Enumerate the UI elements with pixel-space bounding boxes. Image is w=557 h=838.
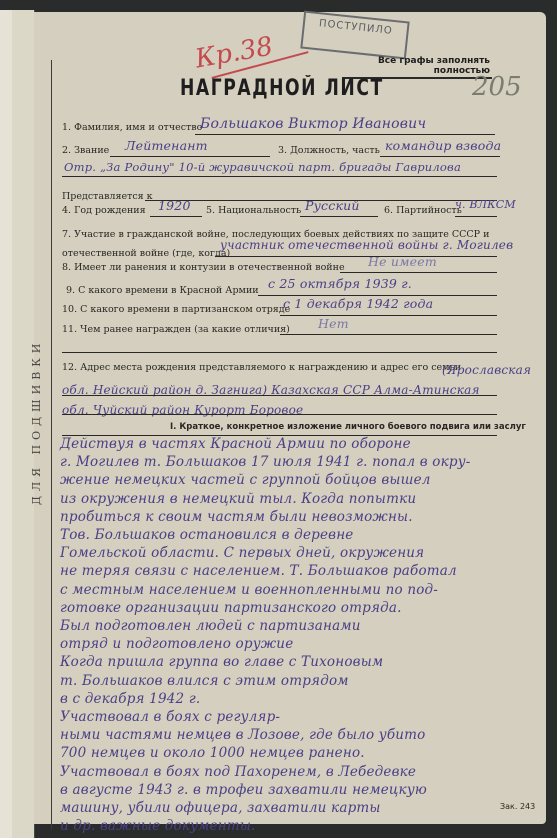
narrative-line: ными частями немцев в Лозове, где было у… (60, 727, 426, 743)
field-label: 2. Звание (62, 145, 109, 156)
pencil-number: 205 (472, 72, 522, 102)
binding-margin-label: ДЛЯ ПОДШИВКИ (30, 339, 43, 505)
field-value: ч. ВЛКСМ (455, 198, 516, 211)
field-label: Представляется к (62, 191, 153, 202)
field-value: с 25 октября 1939 г. (268, 276, 412, 291)
narrative-line: не теряя связи с населением. Т. Большако… (60, 563, 457, 579)
field-label: 4. Год рождения (62, 205, 146, 216)
narrative-line: пробиться к своим частям были невозможны… (60, 509, 413, 525)
field-value: Русский (305, 198, 360, 213)
field-value: командир взвода (385, 138, 501, 153)
narrative-line: готовке организации партизанского отряда… (60, 600, 402, 616)
field-line (62, 414, 497, 415)
narrative-line: Действуя в частях Красной Армии по оборо… (60, 436, 411, 452)
narrative-line: т. Большаков влился с этим отрядом (60, 673, 349, 689)
narrative-line: Гомельской области. С первых дней, окруж… (60, 545, 424, 561)
narrative-line: с местным населением и военнопленными по… (60, 582, 438, 598)
field-line (62, 176, 497, 177)
narrative-line: Когда пришла группа во главе с Тихоновым (60, 654, 383, 670)
field-position: 3. Должность, часть (278, 145, 380, 156)
narrative-line: Тов. Большаков остановился в деревне (60, 527, 354, 543)
narrative-line: в августе 1943 г. в трофеи захватили нем… (60, 782, 427, 798)
field-line (280, 315, 497, 316)
field-value: Большаков Виктор Иванович (200, 116, 426, 132)
field-label: 3. Должность, часть (278, 145, 380, 156)
narrative-line: отряд и подготовлено оружие (60, 636, 293, 652)
field-label: 1. Фамилия, имя и отчество (62, 122, 202, 133)
field-label: 5. Национальность (206, 205, 301, 216)
field-label: 10. С какого времени в партизанском отря… (62, 304, 290, 315)
field-value: Не имеет (368, 254, 437, 269)
narrative-line: 700 немцев и около 1000 немцев ранено. (60, 745, 365, 761)
field-party: 6. Партийность (384, 205, 462, 216)
field-value: Нет (318, 316, 349, 331)
field-nominated: Представляется к (62, 191, 153, 202)
field-nationality: 5. Национальность (206, 205, 301, 216)
field-army-since: 9. С какого времени в Красной Армии (66, 285, 259, 296)
narrative-line: Участвовал в боях с регуляр- (60, 709, 280, 725)
field-label: 6. Партийность (384, 205, 462, 216)
narrative-line: машину, убили офицера, захватили карты (60, 800, 381, 816)
field-value: участник отечественной войны г. Могилев (220, 238, 513, 252)
field-line (62, 352, 497, 353)
field-label: 9. С какого времени в Красной Армии (66, 285, 259, 296)
field-label: 11. Чем ранее награжден (за какие отличи… (62, 324, 290, 335)
field-line (280, 334, 497, 335)
narrative-line: из окружения в немецкий тыл. Когда попыт… (60, 491, 416, 507)
field-line (380, 156, 500, 157)
field-value: с 1 декабря 1942 года (283, 296, 433, 311)
field-value: Отр. „За Родину" 10-й журавичской парт. … (64, 160, 461, 174)
margin-line (51, 60, 52, 830)
narrative-line: г. Могилев т. Большаков 17 июля 1941 г. … (60, 454, 471, 470)
field-value: (Ярославская обл. Нейский район д. Загни… (62, 360, 497, 420)
field-line (195, 134, 495, 135)
field-line (455, 216, 497, 217)
field-birth-year: 4. Год рождения (62, 205, 146, 216)
document-title: НАГРАДНОЙ ЛИСТ (180, 76, 384, 101)
narrative-line: жение немецких частей с группой бойцов в… (60, 472, 431, 488)
field-line (110, 156, 270, 157)
field-line (300, 216, 378, 217)
field-value: Лейтенант (125, 138, 208, 153)
field-partisan-since: 10. С какого времени в партизанском отря… (62, 304, 290, 315)
field-previous-awards: 11. Чем ранее награжден (за какие отличи… (62, 324, 290, 335)
field-label: 8. Имеет ли ранения и контузии в отечест… (62, 262, 345, 273)
print-order-code: Зак. 243 (500, 802, 535, 811)
field-rank: 2. Звание (62, 145, 109, 156)
field-line (150, 216, 202, 217)
field-value: 1920 (158, 198, 191, 213)
narrative-line: в с декабря 1942 г. (60, 691, 200, 707)
field-line (340, 272, 497, 273)
field-line (215, 256, 497, 257)
field-name: 1. Фамилия, имя и отчество (62, 122, 202, 133)
narrative-line: и др. важные документы. (60, 818, 256, 834)
field-line (62, 395, 497, 396)
field-wounds: 8. Имеет ли ранения и контузии в отечест… (62, 262, 345, 273)
section-heading: I. Краткое, конкретное изложение личного… (170, 422, 526, 432)
narrative-line: Был подготовлен людей с партизанами (60, 618, 361, 634)
narrative-line: Участвовал в боях под Пахоренем, в Лебед… (60, 764, 416, 780)
